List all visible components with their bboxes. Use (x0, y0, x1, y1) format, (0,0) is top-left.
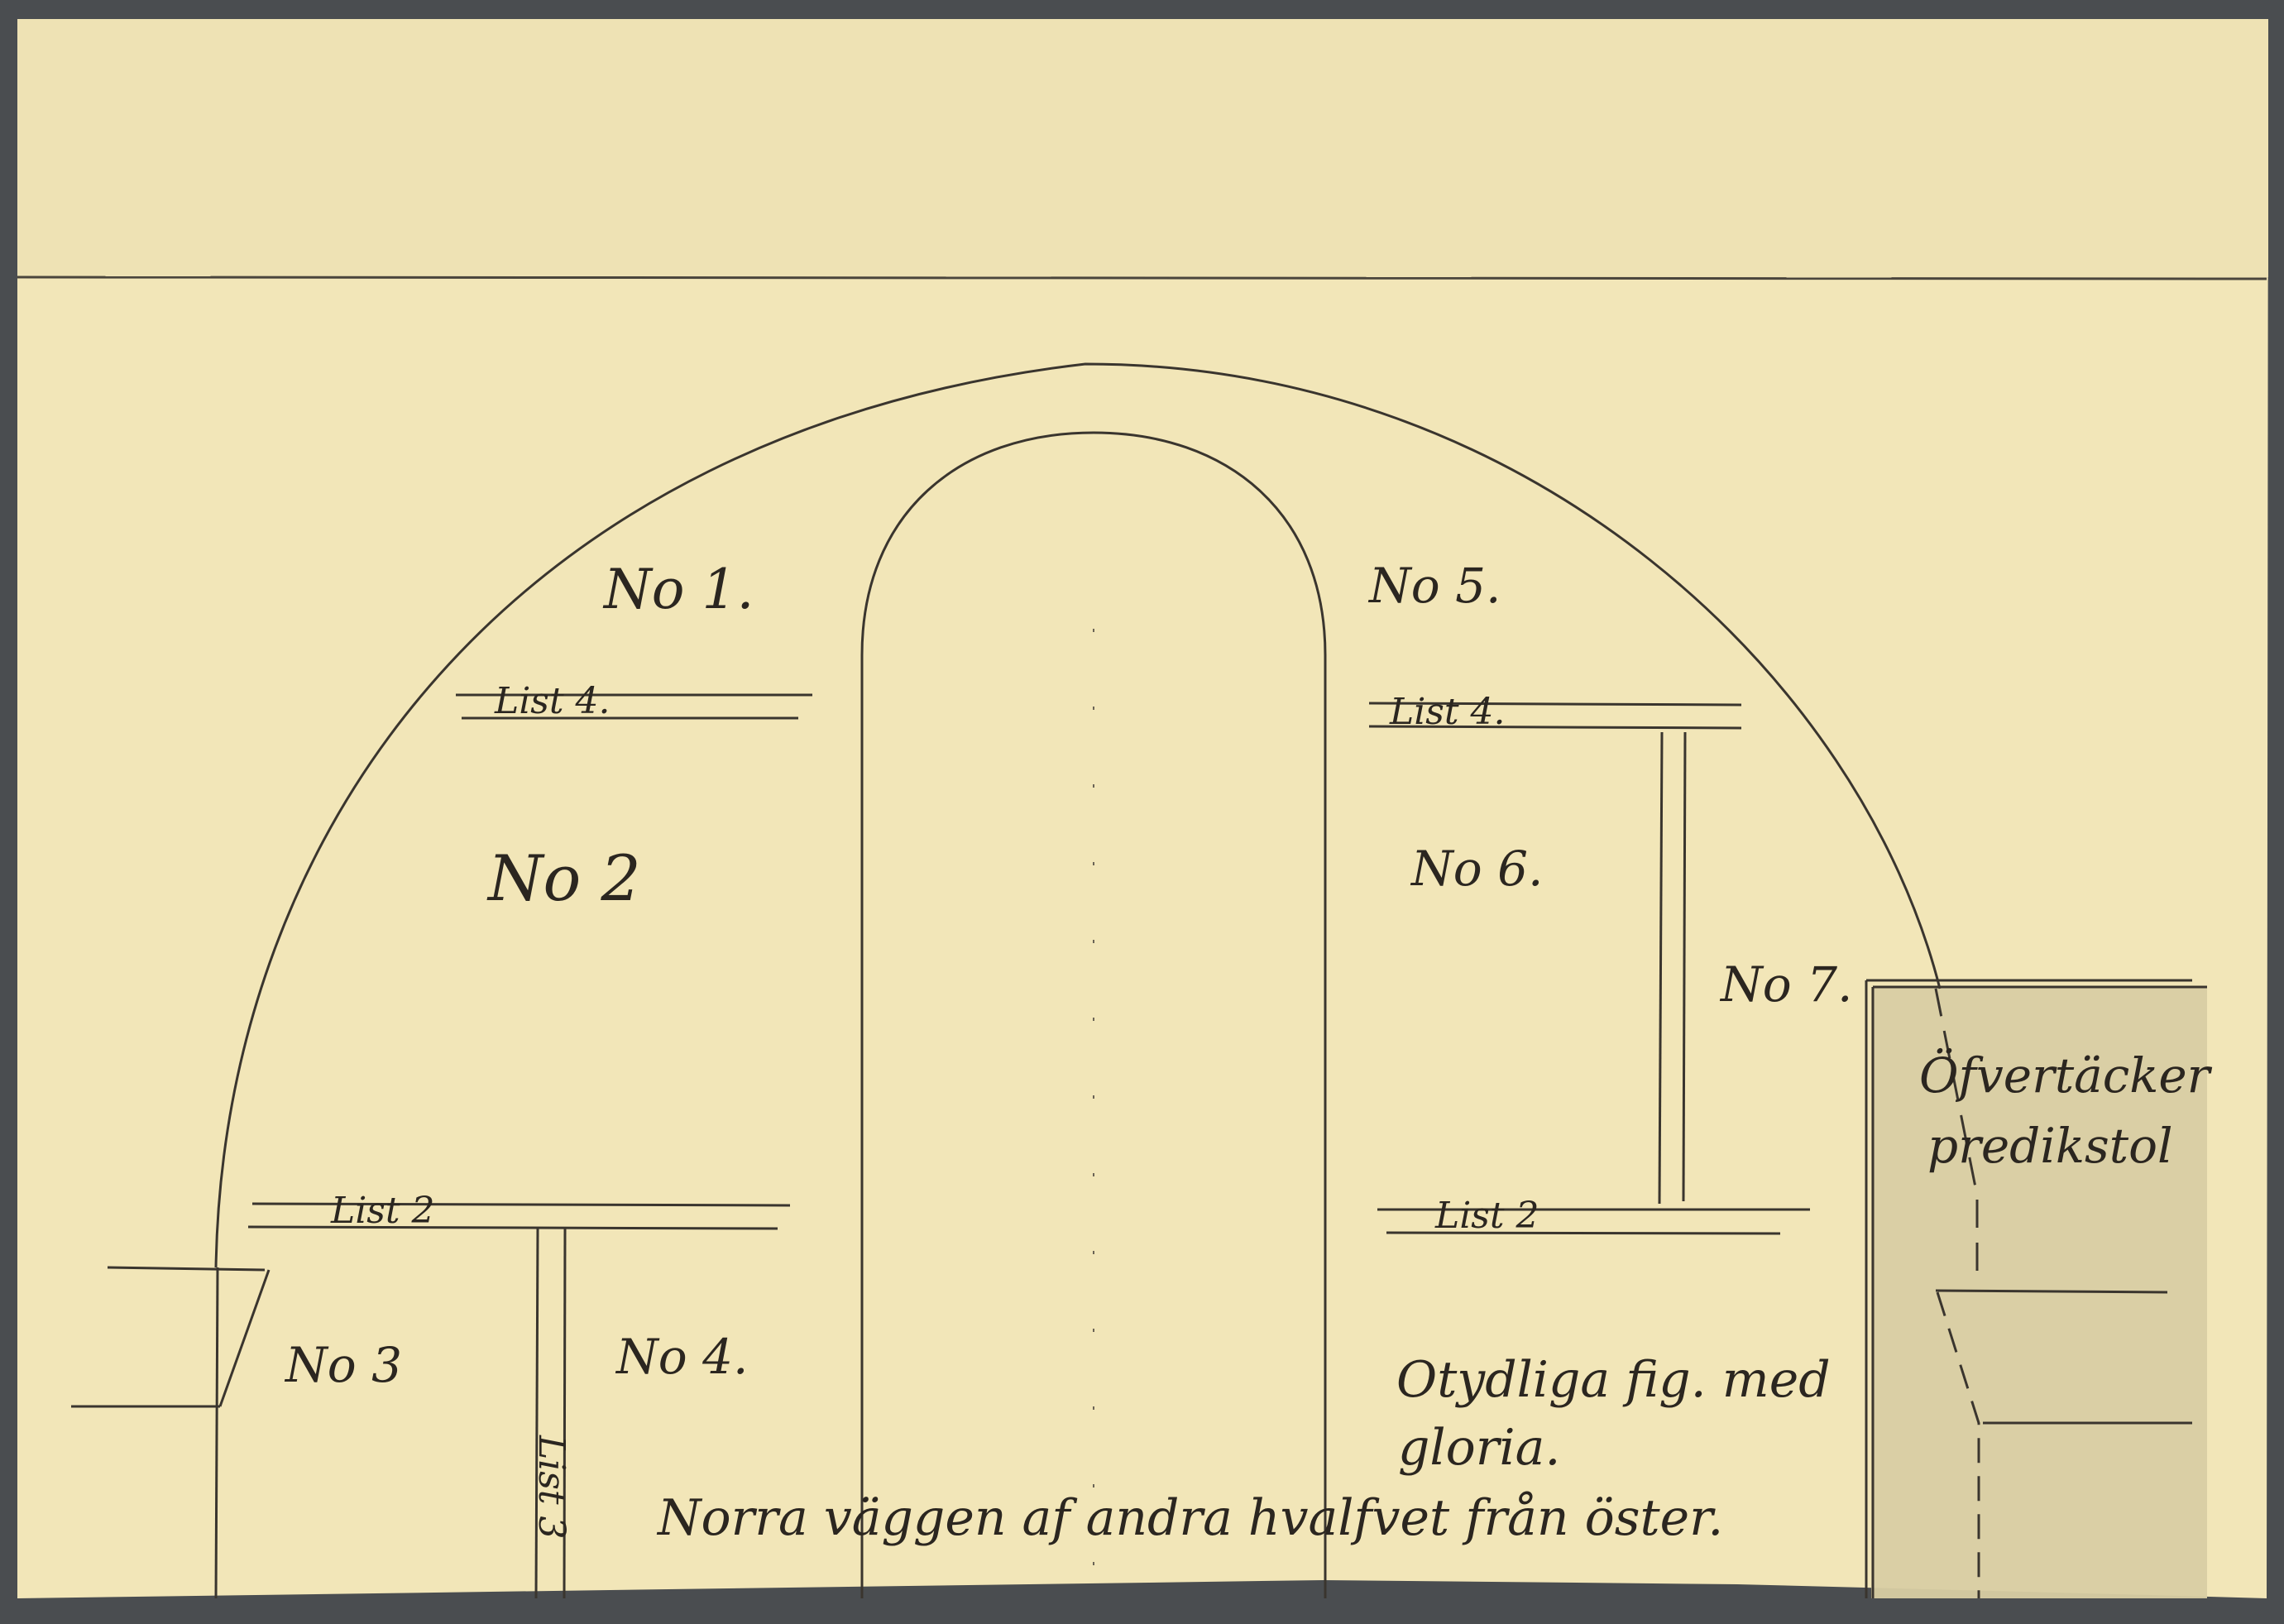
pulpit-ledge-top (1936, 1291, 2167, 1292)
list3-vertical-a (536, 1229, 538, 1598)
note-figures-line1: Otydliga fig. med (1396, 1351, 1831, 1409)
label-list4-left: List 4. (494, 680, 611, 722)
list-vertical-right-b (1683, 732, 1685, 1201)
top-band-divider (17, 277, 2267, 279)
label-list4-right: List 4. (1389, 691, 1506, 733)
label-list2-left: List 2 (330, 1190, 435, 1232)
label-list3-vertical: List 3 (530, 1435, 572, 1540)
elevation-drawing-canvas: No 1. List 4. No 5. List 4. No 2 No 6. N… (0, 0, 2284, 1624)
list3-vertical-b (564, 1229, 565, 1598)
label-no-2: No 2 (486, 841, 641, 915)
left-pier-edge (216, 1267, 218, 1598)
scanned-drawing: No 1. List 4. No 5. List 4. No 2 No 6. N… (0, 0, 2284, 1624)
label-no-1: No 1. (602, 558, 754, 621)
label-no-7: No 7. (1719, 956, 1852, 1013)
note-pulpit-line1: Öfvertäcker (1919, 1047, 2213, 1104)
label-no-6: No 6. (1410, 841, 1543, 897)
label-no-3: No 3 (284, 1337, 402, 1393)
label-no-4: No 4. (615, 1329, 748, 1385)
label-no-5: No 5. (1367, 558, 1501, 614)
note-pulpit-line2: predikstol (1927, 1118, 2173, 1174)
list2-left-bottom-line (248, 1227, 778, 1229)
label-list2-right: List 2 (1434, 1195, 1539, 1237)
paper-top-band (17, 19, 2268, 277)
drawing-caption: Norra väggen af andra hvalfvet från öste… (656, 1489, 1723, 1547)
note-figures-line2: gloria. (1398, 1419, 1560, 1477)
